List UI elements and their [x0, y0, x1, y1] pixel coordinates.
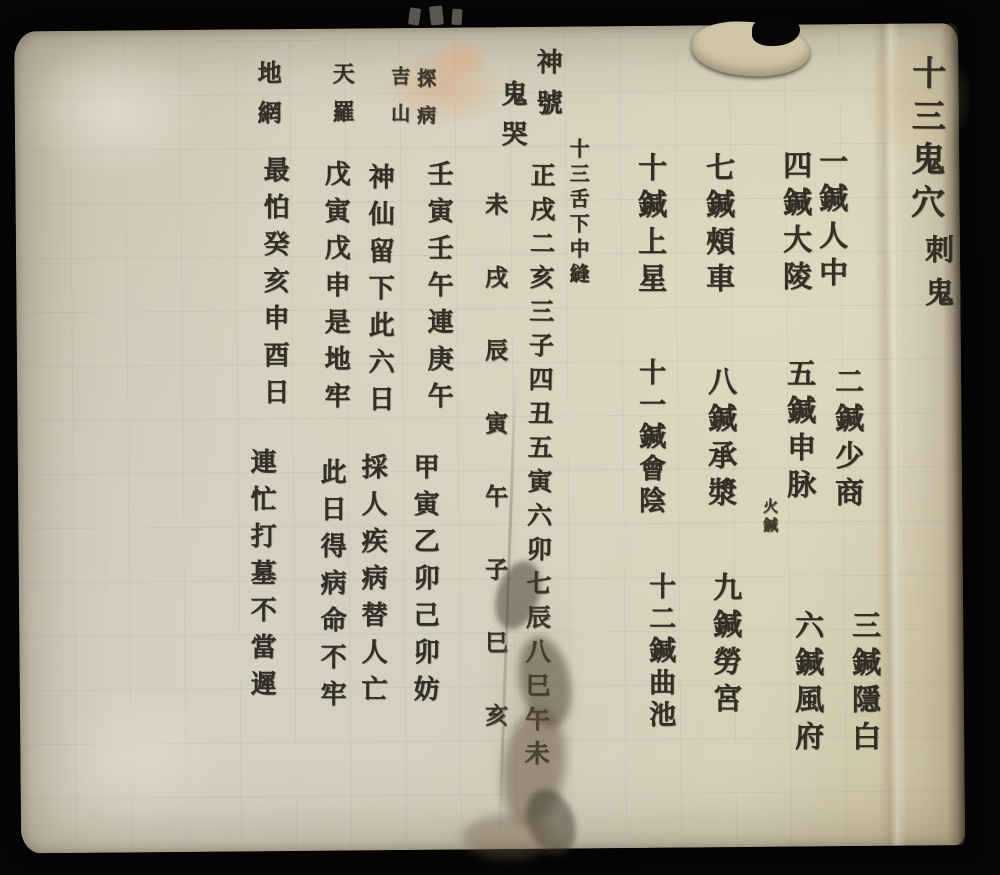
point-9: 九鍼勞宮: [706, 572, 747, 720]
point-7: 七鍼頰車: [699, 152, 740, 300]
point-4: 四鍼大陵: [776, 150, 817, 298]
margin-scribble: [451, 9, 462, 26]
point-3: 三鍼隱白: [845, 610, 886, 758]
point-2: 二鍼少商: [828, 366, 869, 514]
manuscript-scan: 十三鬼穴 刺鬼 一鍼人中 二鍼少商 三鍼隱白 四鍼大陵 五鍼申脉 火鍼 六鍼風府…: [0, 0, 1000, 875]
point-12: 十二鍼曲池: [640, 572, 679, 732]
point-8: 八鍼承漿: [701, 366, 742, 514]
verse-5: 戊寅戊申是地牢: [317, 160, 354, 419]
verse-6: 此日得病命不牢: [313, 458, 350, 717]
margin-scribble: [429, 5, 444, 25]
subtitle-column: 刺鬼: [918, 234, 959, 320]
day-name-tianluo: 天羅: [327, 62, 358, 138]
day-name-jishan: 吉山: [386, 66, 413, 140]
verse-8: 連忙打墓不當遲: [243, 448, 280, 707]
day-name-shenhao: 神號: [529, 48, 566, 130]
verse-1: 壬寅壬午連庚午: [420, 160, 457, 419]
verse-2: 甲寅乙卯己卯妨: [406, 453, 443, 712]
point-1: 一鍼人中: [812, 146, 853, 294]
title-column: 十三鬼穴: [900, 55, 950, 227]
stain: [60, 680, 221, 831]
point-10: 十鍼上星: [631, 152, 672, 300]
margin-scribble: [408, 7, 421, 25]
point-5: 五鍼申脉: [780, 358, 821, 506]
point-6: 六鍼風府: [788, 610, 829, 758]
verse-4: 採人疾病替人亡: [354, 453, 391, 712]
point-11: 十一鍼會陰: [630, 358, 669, 518]
point-5-note: 火鍼: [760, 498, 781, 536]
verse-3: 神仙留下此六日: [361, 163, 398, 422]
ink-blot: [462, 815, 554, 859]
verse-7: 最怕癸亥申酉日: [256, 156, 293, 415]
day-name-tanbing: 探病: [412, 68, 439, 142]
day-name-guiku: 鬼哭: [494, 80, 531, 160]
day-name-diwang: 地網: [250, 60, 285, 140]
point-13: 十三舌下中縫: [564, 138, 593, 288]
